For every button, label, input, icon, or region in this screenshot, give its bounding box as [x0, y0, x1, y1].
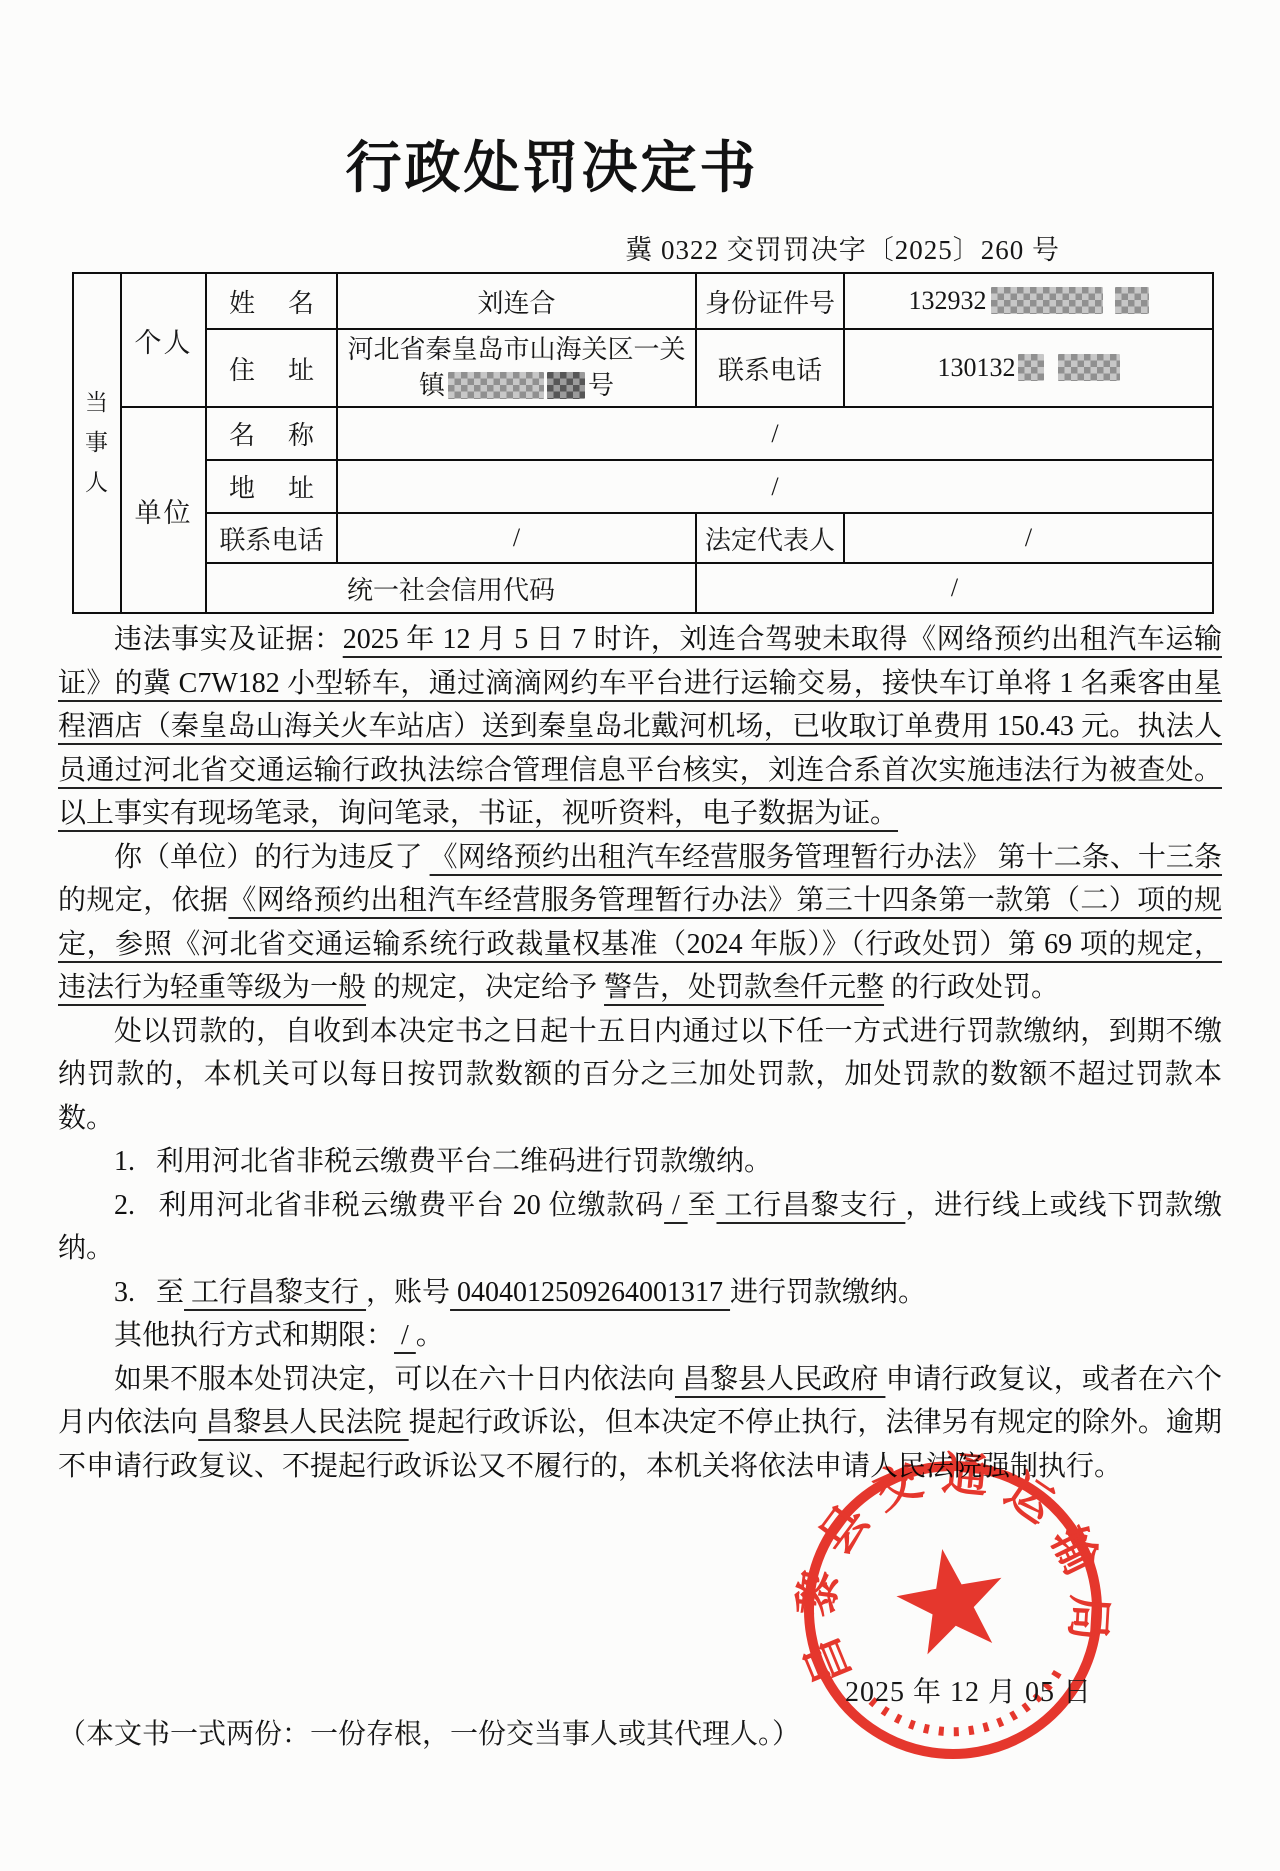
- legal-rep-label-cell: 法定代表人: [696, 513, 844, 563]
- credit-code-value-cell: /: [696, 563, 1213, 613]
- individual-section-cell: 个人: [121, 273, 206, 407]
- table-row: 联系电话 / 法定代表人 /: [73, 513, 1213, 563]
- document-number: 冀 0322 交罚罚决字〔2025〕260 号: [625, 228, 1060, 267]
- unit-phone-label-cell: 联系电话: [206, 513, 337, 563]
- unit-section-cell: 单位: [121, 407, 206, 613]
- official-seal: 昌黎县交通运输局: [770, 1427, 1136, 1793]
- party-info-table: 当事人 个人 姓名 刘连合 身份证件号 132932 住址 河北省秦皇岛市山海关…: [72, 272, 1214, 614]
- underlined-fill-in: 警告，处罚款叁仟元整: [604, 972, 884, 1003]
- table-row: 住址 河北省秦皇岛市山海关区一关镇号 联系电话 130132: [73, 329, 1213, 407]
- text-segment: ，账号: [366, 1277, 450, 1308]
- name-label: 姓名: [213, 283, 330, 320]
- redaction-block: [991, 287, 1103, 314]
- unit-phone-value-cell: /: [337, 513, 696, 563]
- paragraph: 2. 利用河北省非税云缴费平台 20 位缴款码 / 至 工行昌黎支行 ，进行线上…: [58, 1184, 1222, 1271]
- text-segment: 如果不服本处罚决定，可以在六十日内依法向: [114, 1364, 675, 1395]
- address-label: 住址: [213, 350, 330, 387]
- paragraph: 你（单位）的行为违反了 《网络预约出租汽车经营服务管理暂行办法》 第十二条、十三…: [58, 836, 1222, 1010]
- underlined-fill-in: 《网络预约出租汽车经营服务管理暂行办法》 第十二条、十三条: [430, 842, 1222, 873]
- text-segment: 。: [416, 1320, 444, 1351]
- decision-date: 2025 年 12 月 05 日: [845, 1670, 1092, 1710]
- text-segment: 的规定，决定给予: [366, 972, 604, 1003]
- text-segment: 你（单位）的行为违反了: [114, 842, 430, 873]
- unit-address-label: 地址: [213, 468, 330, 505]
- text-segment: 进行罚款缴纳。: [730, 1277, 926, 1308]
- underlined-fill-in: 0404012509264001317: [450, 1277, 730, 1308]
- table-row: 单位 名称 /: [73, 407, 1213, 460]
- table-row: 当事人 个人 姓名 刘连合 身份证件号 132932: [73, 273, 1213, 329]
- text-segment: 至: [688, 1190, 717, 1221]
- text-segment: 3. 至: [114, 1277, 184, 1308]
- legal-rep-value-cell: /: [844, 513, 1213, 563]
- text-segment: 2. 利用河北省非税云缴费平台 20 位缴款码: [114, 1190, 664, 1221]
- redaction-block: [1115, 287, 1149, 314]
- underlined-fill-in: 工行昌黎支行: [716, 1190, 905, 1221]
- phone-label-cell: 联系电话: [696, 329, 844, 407]
- underlined-fill-in: 昌黎县人民法院: [198, 1407, 408, 1438]
- star-icon: [890, 1540, 1013, 1658]
- credit-code-label-cell: 统一社会信用代码: [206, 563, 696, 613]
- redaction-block: [1058, 354, 1120, 381]
- text-segment: 违法事实及证据：: [114, 624, 343, 655]
- underlined-fill-in: 昌黎县人民政府: [675, 1364, 885, 1395]
- party-label-cell: 当事人: [73, 273, 121, 613]
- address-value-cell: 河北省秦皇岛市山海关区一关镇号: [337, 329, 696, 407]
- unit-name-label-cell: 名称: [206, 407, 337, 460]
- phone-value-cell: 130132: [844, 329, 1213, 407]
- redaction-block: [547, 372, 585, 399]
- address-label-cell: 住址: [206, 329, 337, 407]
- table-row: 统一社会信用代码 /: [73, 563, 1213, 613]
- id-value-cell: 132932: [844, 273, 1213, 329]
- phone-visible-digits: 130132: [938, 353, 1016, 382]
- redaction-block: [448, 372, 544, 399]
- address-suffix: 号: [588, 371, 614, 400]
- unit-address-label-cell: 地址: [206, 460, 337, 513]
- page-title: 行政处罚决定书: [0, 124, 1104, 204]
- name-label-cell: 姓名: [206, 273, 337, 329]
- body-paragraphs: 违法事实及证据：2025 年 12 月 5 日 7 时许，刘连合驾驶未取得《网络…: [58, 618, 1222, 1488]
- text-segment: 处以罚款的，自收到本决定书之日起十五日内通过以下任一方式进行罚款缴纳，到期不缴纳…: [58, 1016, 1222, 1134]
- penalty-decision-document: 行政处罚决定书 冀 0322 交罚罚决字〔2025〕260 号 当事人 个人 姓…: [0, 0, 1280, 1871]
- table-row: 地址 /: [73, 460, 1213, 513]
- paragraph: 1. 利用河北省非税云缴费平台二维码进行罚款缴纳。: [58, 1140, 1222, 1184]
- paragraph: 违法事实及证据：2025 年 12 月 5 日 7 时许，刘连合驾驶未取得《网络…: [58, 618, 1222, 836]
- name-value-cell: 刘连合: [337, 273, 696, 329]
- paragraph: 其他执行方式和期限： / 。: [58, 1314, 1222, 1358]
- underlined-fill-in: 工行昌黎支行: [184, 1277, 366, 1308]
- id-visible-digits: 132932: [909, 286, 987, 315]
- text-segment: 的规定，依据: [58, 885, 228, 916]
- id-label-cell: 身份证件号: [696, 273, 844, 329]
- underlined-fill-in: /: [664, 1190, 688, 1221]
- redaction-block: [1018, 354, 1044, 381]
- text-segment: 1. 利用河北省非税云缴费平台二维码进行罚款缴纳。: [114, 1146, 772, 1177]
- text-segment: 其他执行方式和期限：: [114, 1320, 394, 1351]
- paragraph: 3. 至 工行昌黎支行 ，账号 0404012509264001317 进行罚款…: [58, 1271, 1222, 1315]
- text-segment: 的行政处罚。: [884, 972, 1059, 1003]
- paragraph: 处以罚款的，自收到本决定书之日起十五日内通过以下任一方式进行罚款缴纳，到期不缴纳…: [58, 1010, 1222, 1141]
- unit-address-value-cell: /: [337, 460, 1213, 513]
- unit-name-value-cell: /: [337, 407, 1213, 460]
- underlined-fill-in: /: [394, 1320, 416, 1351]
- footer-note: （本文书一式两份：一份存根，一份交当事人或其代理人。）: [58, 1712, 800, 1752]
- unit-name-label: 名称: [213, 415, 330, 452]
